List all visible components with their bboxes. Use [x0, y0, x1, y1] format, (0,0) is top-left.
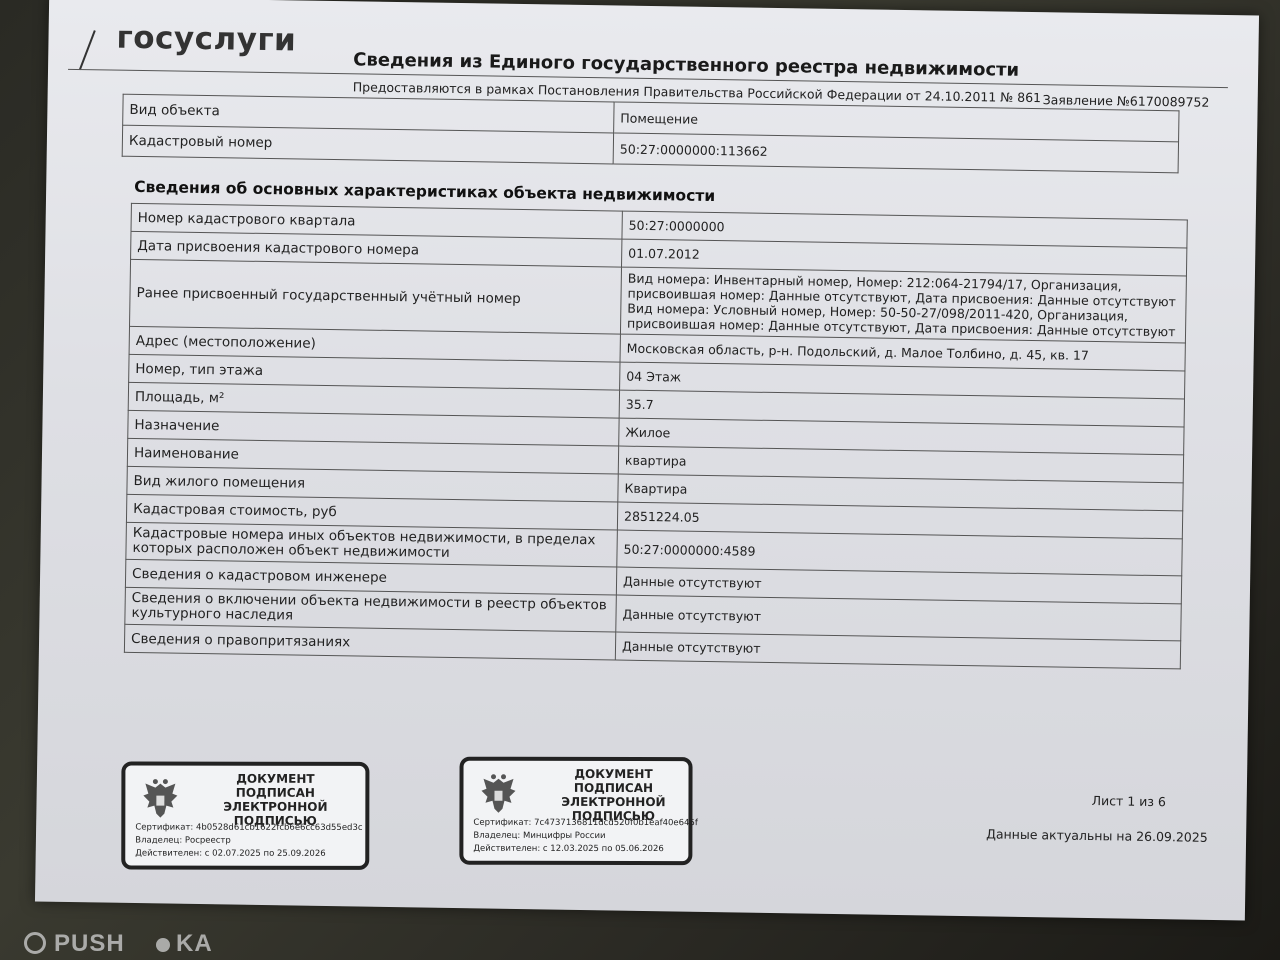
stamp-title: ДОКУМЕНТ ПОДПИСАН ЭЛЕКТРОННОЙ ПОДПИСЬЮ: [195, 772, 355, 828]
characteristics-table: Номер кадастрового квартала 50:27:000000…: [124, 203, 1188, 670]
wheel-icon: [24, 932, 46, 954]
watermark-text-left: PUSH: [54, 930, 125, 958]
row-label: Ранее присвоенный государственный учётны…: [130, 259, 622, 334]
row-label: Кадастровый номер: [122, 125, 613, 164]
stamp-certificate: Сертификат: 7c4737136811dcd520f0b1eaf40e…: [473, 817, 697, 830]
document-page: госуслуги Сведения из Единого государств…: [35, 0, 1259, 920]
logo-text: госуслуги: [116, 20, 296, 59]
dot-icon: [156, 938, 170, 952]
section-title: Сведения об основных характеристиках объ…: [134, 178, 715, 205]
stamp-details: Сертификат: 4b0528d61cb1622fcb6e6cc63d55…: [135, 822, 362, 861]
row-value: Вид номера: Инвентарный номер, Номер: 21…: [620, 267, 1186, 343]
object-table: Вид объекта Помещение Кадастровый номер …: [122, 94, 1180, 174]
watermark-text-right: KA: [176, 930, 213, 958]
stamp-certificate: Сертификат: 4b0528d61cb1622fcb6e6cc63d55…: [135, 822, 362, 835]
application-number: Заявление №6170089752: [1043, 92, 1210, 110]
stamp-details: Сертификат: 7c4737136811dcd520f0b1eaf40e…: [473, 817, 698, 856]
signature-stamp-rosreestr: ДОКУМЕНТ ПОДПИСАН ЭЛЕКТРОННОЙ ПОДПИСЬЮ С…: [121, 762, 369, 870]
data-actual-date: Данные актуальны на 26.09.2025: [986, 826, 1208, 844]
stamp-title: ДОКУМЕНТ ПОДПИСАН ЭЛЕКТРОННОЙ ПОДПИСЬЮ: [533, 767, 693, 823]
stamp-owner: Владелец: Росреестр: [135, 835, 362, 848]
stamp-valid: Действителен: с 02.07.2025 по 25.09.2026: [135, 848, 362, 861]
logo-slash-icon: [79, 30, 96, 70]
coat-of-arms-icon: [139, 778, 181, 822]
stamp-owner: Владелец: Минцифры России: [473, 830, 697, 843]
stamp-valid: Действителен: с 12.03.2025 по 05.06.2026: [473, 843, 697, 856]
sheet-counter: Лист 1 из 6: [1092, 793, 1167, 809]
document-title: Сведения из Единого государственного рее…: [353, 49, 1019, 80]
gosuslugi-logo: госуслуги: [76, 25, 77, 75]
signature-stamp-mintsifry: ДОКУМЕНТ ПОДПИСАН ЭЛЕКТРОННОЙ ПОДПИСЬЮ С…: [459, 757, 692, 865]
coat-of-arms-icon: [477, 773, 519, 817]
